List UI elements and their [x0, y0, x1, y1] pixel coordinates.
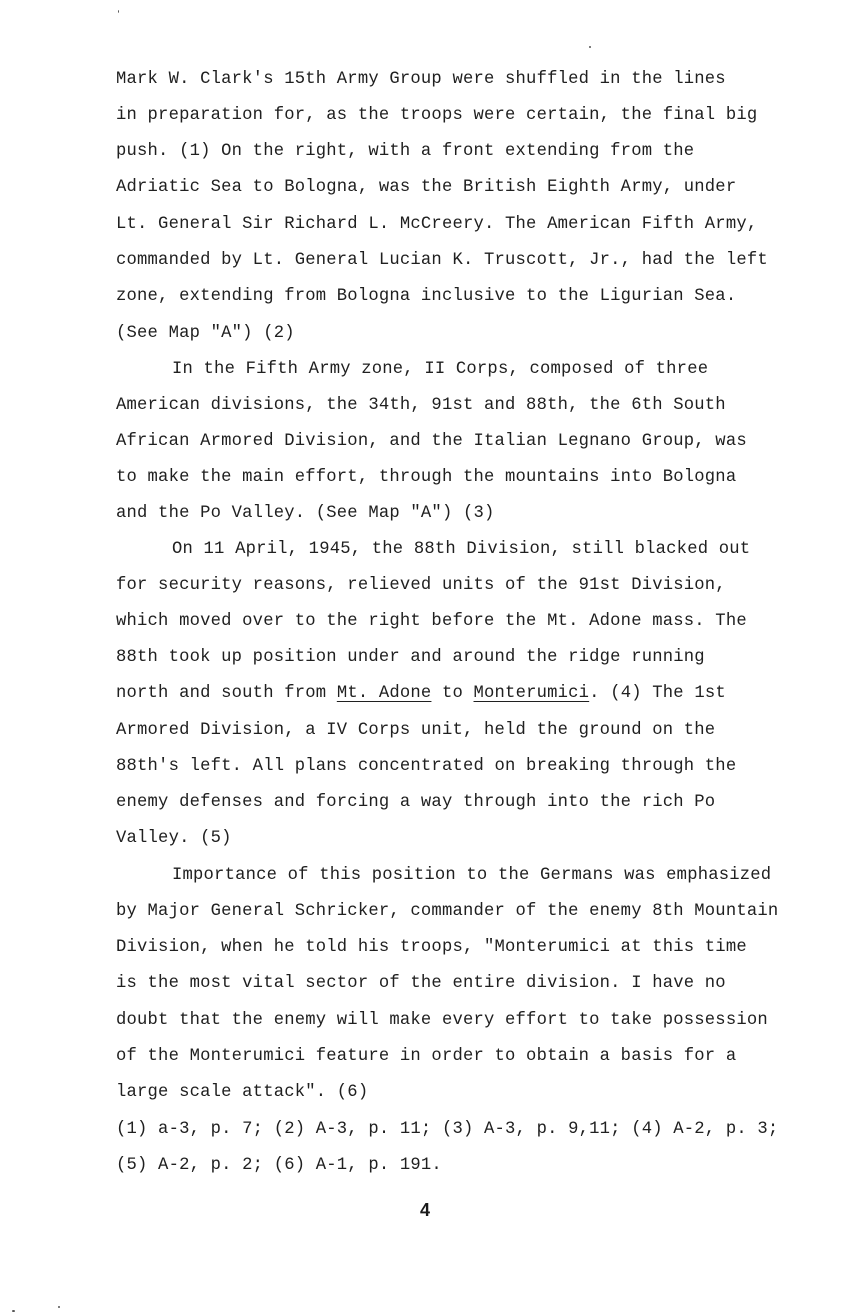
text-line: Importance of this position to the Germa… — [172, 866, 771, 886]
underlined-place-mt-adone: Mt. Adone — [337, 684, 432, 703]
text-line: and the Po Valley. (See Map "A") (3) — [116, 504, 495, 524]
text-line: doubt that the enemy will make every eff… — [116, 1011, 768, 1031]
scan-speck — [118, 10, 119, 13]
underlined-place-monterumici: Monterumici — [474, 684, 590, 703]
text-line: Valley. (5) — [116, 829, 232, 849]
text-segment: north and south from — [116, 684, 337, 703]
text-line: commanded by Lt. General Lucian K. Trusc… — [116, 251, 768, 271]
text-line: In the Fifth Army zone, II Corps, compos… — [172, 360, 708, 380]
text-line: which moved over to the right before the… — [116, 612, 747, 632]
page-number: 4 — [420, 1200, 430, 1221]
scan-speck — [12, 1310, 15, 1312]
text-line: 88th took up position under and around t… — [116, 648, 705, 668]
text-line: American divisions, the 34th, 91st and 8… — [116, 396, 726, 416]
footnote-line: (5) A-2, p. 2; (6) A-1, p. 191. — [116, 1156, 442, 1176]
text-line: enemy defenses and forcing a way through… — [116, 793, 715, 813]
text-segment: . (4) The 1st — [589, 684, 726, 703]
scan-speck — [58, 1306, 60, 1308]
text-line: Mark W. Clark's 15th Army Group were shu… — [116, 70, 726, 90]
text-line: 88th's left. All plans concentrated on b… — [116, 757, 736, 777]
text-line: On 11 April, 1945, the 88th Division, st… — [172, 540, 750, 560]
text-line: by Major General Schricker, commander of… — [116, 902, 778, 922]
text-line: for security reasons, relieved units of … — [116, 576, 726, 596]
text-line: zone, extending from Bologna inclusive t… — [116, 287, 736, 307]
scan-speck — [589, 46, 591, 48]
text-segment: to — [431, 684, 473, 703]
footnote-line: (1) a-3, p. 7; (2) A-3, p. 11; (3) A-3, … — [116, 1120, 778, 1140]
text-line: in preparation for, as the troops were c… — [116, 106, 757, 126]
text-line: to make the main effort, through the mou… — [116, 468, 736, 488]
text-line: Adriatic Sea to Bologna, was the British… — [116, 178, 736, 198]
document-page: Mark W. Clark's 15th Army Group were shu… — [0, 0, 850, 1316]
text-line: of the Monterumici feature in order to o… — [116, 1047, 736, 1067]
text-line: is the most vital sector of the entire d… — [116, 974, 726, 994]
text-line: push. (1) On the right, with a front ext… — [116, 142, 694, 162]
text-line: large scale attack". (6) — [116, 1083, 368, 1103]
text-line: Armored Division, a IV Corps unit, held … — [116, 721, 715, 741]
text-line: (See Map "A") (2) — [116, 324, 295, 344]
text-line: Lt. General Sir Richard L. McCreery. The… — [116, 215, 757, 235]
text-line: African Armored Division, and the Italia… — [116, 432, 747, 452]
text-line: Division, when he told his troops, "Mont… — [116, 938, 747, 958]
text-line: north and south from Mt. Adone to Monter… — [116, 684, 726, 704]
